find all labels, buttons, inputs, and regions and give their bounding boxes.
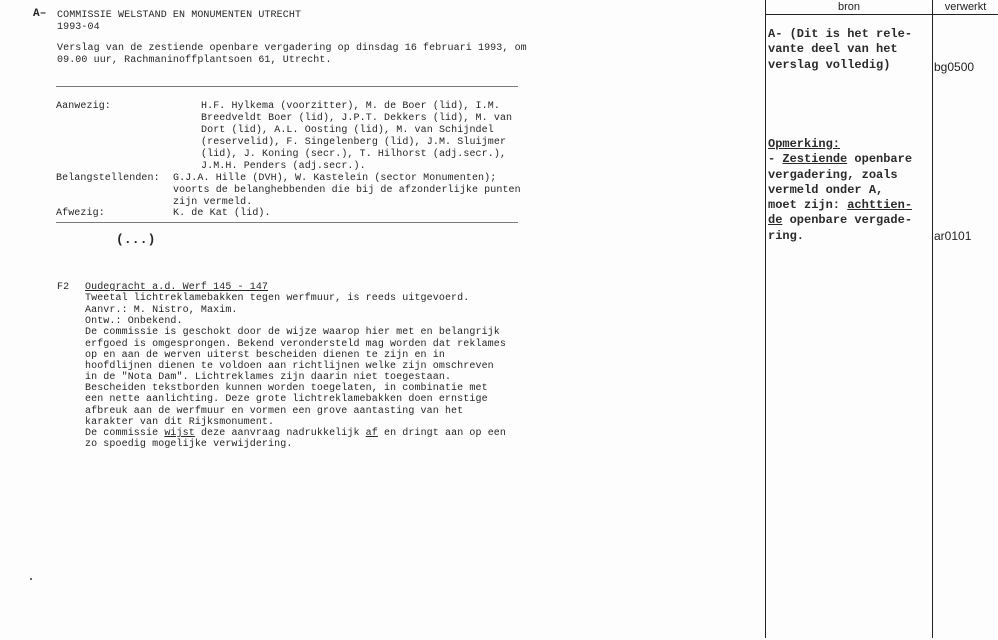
remark-emphasis: achttien- [847,198,912,212]
item-line: op en aan de werven uiterst bescheiden d… [85,350,445,361]
header-verwerkt: verwerkt [933,1,998,13]
bron-line: openbare [847,152,912,166]
item-line: erfgoed is omgesprongen. Bekend veronder… [85,339,506,350]
bron-line: vergadering, zoals [768,168,898,182]
item-heading: Oudegracht a.d. Werf 145 - 147 [85,282,268,293]
header-bron: bron [766,1,932,13]
document-title: COMMISSIE WELSTAND EN MONUMENTEN UTRECHT [57,10,301,21]
annotation-table: bron verwerkt A- (Dit is het rele- vante… [765,0,998,638]
decision-text: en dringt aan op een [378,428,506,439]
separator-rule [56,222,518,223]
interested-line: voorts de belanghebbenden die bij de afz… [173,185,521,196]
present-line: J.M.H. Penders (adj.secr.). [201,161,366,172]
decision-emphasis: af [366,428,378,439]
item-line: in de "Nota Dam". Lichtreklames zijn daa… [85,372,451,383]
table-row-verwerkt: ar0101 [934,229,971,243]
item-line: hoofdlijnen dienen te voldoen aan richtl… [85,361,494,372]
item-line: Aanvr.: M. Nistro, Maxim. [85,305,238,316]
intro-line-1: Verslag van de zestiende openbare vergad… [57,43,527,54]
document-page: A– COMMISSIE WELSTAND EN MONUMENTEN UTRE… [0,0,760,640]
decision-text: deze aanvraag nadrukkelijk [195,428,366,439]
item-line: De commissie is geschokt door de wijze w… [85,327,500,338]
bron-line: - [768,152,782,166]
item-code: F2 [57,282,69,293]
document-number: 1993-04 [57,22,100,33]
remark-title: Opmerking: [768,137,840,151]
remark-emphasis: de [768,213,782,227]
present-line: Dort (lid), A.L. Oosting (lid), M. van S… [201,125,494,136]
bron-line: moet zijn: [768,198,847,212]
table-border-left [765,0,766,638]
interested-line: G.J.A. Hille (DVH), W. Kastelein (sector… [173,173,496,184]
item-line: afbreuk aan de werfmuur en vormen een gr… [85,406,463,417]
bron-line: vante deel van het [768,42,898,56]
interested-label: Belangstellenden: [56,173,160,184]
table-row-verwerkt: bg0500 [934,60,974,74]
present-line: Breedveldt Boer (lid), J.P.T. Dekkers (l… [201,113,512,124]
absent-line: K. de Kat (lid). [173,208,271,219]
section-marker: A– [33,9,46,20]
bron-line: verslag volledig) [768,58,890,72]
bron-line: A- (Dit is het rele- [768,27,912,41]
table-column-divider [932,0,933,638]
item-line: Ontw.: Onbekend. [85,316,183,327]
present-line: (lid), J. Koning (secr.), T. Hilhorst (a… [201,149,506,160]
interested-line: zijn vermeld. [173,197,252,208]
table-header-rule [765,14,998,15]
item-line: karakter van dit Rijksmonument. [85,417,274,428]
item-line: Tweetal lichtreklamebakken tegen werfmuu… [85,293,469,304]
present-label: Aanwezig: [56,101,111,112]
item-line: een nette aanlichting. Deze grote lichtr… [85,394,488,405]
omission-ellipsis: (...) [116,234,156,245]
item-decision-line: De commissie wijst deze aanvraag nadrukk… [85,428,506,439]
table-row-bron: A- (Dit is het rele- vante deel van het … [768,27,912,73]
decision-emphasis: wijst [164,428,195,439]
separator-rule [56,86,518,87]
table-row-bron: Opmerking: - Zestiende openbare vergader… [768,137,912,244]
bron-line: vermeld onder A, [768,183,883,197]
item-line: Bescheiden tekstborden kunnen worden toe… [85,383,488,394]
decision-text: De commissie [85,428,164,439]
absent-label: Afwezig: [56,208,105,219]
present-line: H.F. Hylkema (voorzitter), M. de Boer (l… [201,101,500,112]
item-decision-line: zo spoedig mogelijke verwijdering. [85,439,292,450]
bron-line: ring. [768,229,804,243]
intro-line-2: 09.00 uur, Rachmaninoffplantsoen 61, Utr… [57,55,332,66]
bron-line: openbare vergade- [782,213,912,227]
remark-emphasis: Zestiende [782,152,847,166]
scan-artifact [30,578,32,580]
present-line: (reservelid), F. Singelenberg (lid), J.M… [201,137,506,148]
